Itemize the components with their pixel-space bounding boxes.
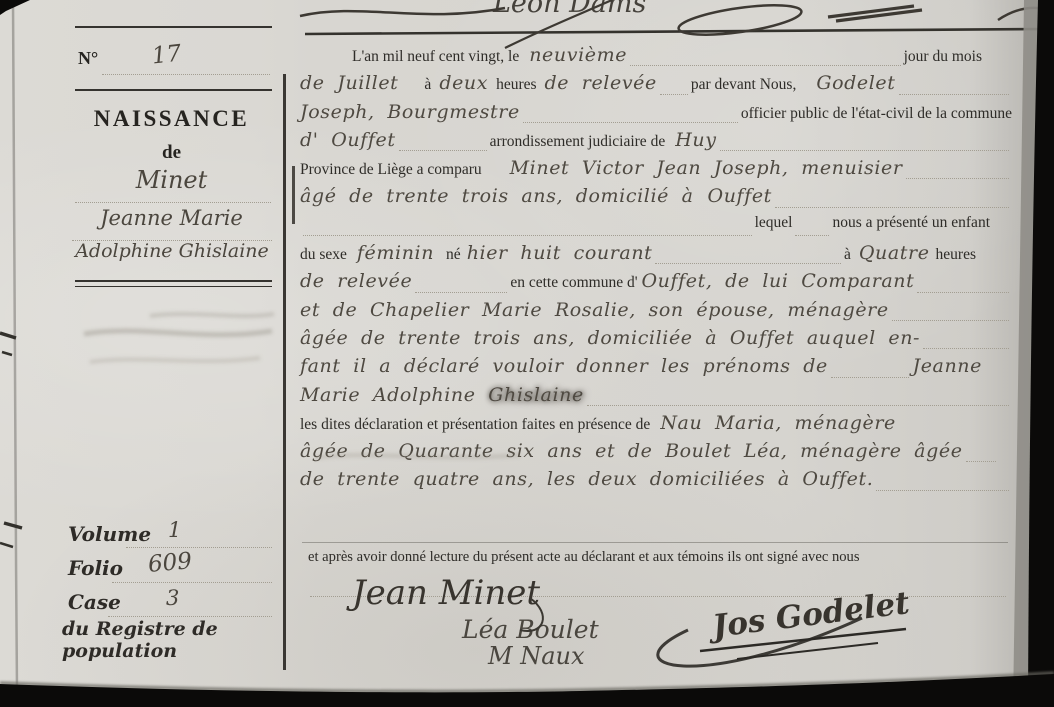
folio-dotted [112, 582, 272, 583]
printed-form-text: lequel [755, 214, 793, 232]
corner-black-wedge [0, 0, 30, 15]
dotted-fill-line [966, 461, 996, 462]
volume-dotted [126, 547, 272, 548]
folio-label: Folio [68, 556, 123, 580]
act-line: du sexefémininnéhier huit courantàQuatre… [300, 242, 1012, 270]
dotted-fill-line [831, 377, 910, 378]
printed-form-text: Province de Liège a comparu [300, 161, 482, 179]
volume-value: 1 [168, 518, 181, 542]
dotted-fill-line [906, 178, 1009, 179]
act-type-title: NAISSANCE [60, 106, 283, 132]
act-number-label: N° [78, 48, 98, 69]
act-line: et de Chapelier Marie Rosalie, son épous… [300, 299, 1012, 327]
handwritten-entry: Godelet [816, 72, 895, 94]
previous-act-flourishes [300, 0, 1052, 48]
handwritten-entry: de relevée [300, 270, 412, 292]
handwritten-entry: de trente quatre ans, les deux domicilié… [300, 468, 873, 490]
dotted-fill-line [876, 490, 1009, 491]
dotted-fill-line [399, 150, 487, 151]
dotted-fill-line [795, 235, 829, 236]
child-firstnames-1: Jeanne Marie [60, 206, 283, 230]
act-type-de: de [60, 142, 283, 164]
case-dotted [108, 616, 272, 617]
handwritten-entry: âgée de trente trois ans, domiciliée à O… [300, 327, 920, 349]
printed-form-text: officier public de l'état-civil de la co… [741, 105, 1012, 123]
volume-label: Volume [68, 522, 151, 546]
previous-act-signature: Léon Dams [493, 0, 646, 19]
dotted-fill-line [303, 235, 752, 236]
printed-form-text: arrondissement judiciaire de [490, 133, 666, 151]
handwritten-entry: Huy [675, 129, 716, 151]
dotted-fill-line [655, 263, 841, 264]
scanned-birth-register-page: { "colors": { "paper": "#d7d5d0", "print… [0, 0, 1054, 707]
handwritten-entry: Joseph, Bourgmestre [300, 101, 520, 123]
closing-formula: et après avoir donné lecture du présent … [308, 549, 1012, 566]
closing-rule [302, 542, 1008, 543]
act-line: les dites déclaration et présentation fa… [300, 412, 1012, 440]
act-line: Marie Adolphine Ghislaine [300, 384, 1012, 412]
page-edge-black-right [1028, 0, 1054, 707]
margin-divider-segment [292, 166, 295, 224]
handwritten-entry: Ouffet [708, 185, 772, 207]
act-line: de trente quatre ans, les deux domicilié… [300, 468, 1012, 496]
act-line: de relevéeen cette commune d'Ouffet, de … [300, 270, 1012, 298]
act-line: âgé de trente trois ans, domicilié àOuff… [300, 185, 1012, 213]
act-line: âgée de trente trois ans, domiciliée à O… [300, 327, 1012, 355]
printed-form-text: à [424, 76, 431, 94]
handwritten-entry: Marie Adolphine [300, 384, 488, 406]
handwritten-entry: neuvième [529, 44, 627, 66]
registre-label: du Registre de population [62, 618, 283, 662]
printed-form-text: du sexe [300, 246, 347, 264]
printed-form-text: en cette commune d' [510, 274, 637, 292]
act-line: Joseph, Bourgmestreofficier public de l'… [300, 101, 1012, 129]
margin-column: N° 17 NAISSANCE de Minet Jeanne Marie Ad… [60, 0, 283, 707]
handwritten-entry: Minet Victor Jean Joseph, menuisier [510, 157, 903, 179]
margin-rule-double-a [75, 280, 272, 282]
handwritten-entry: de relevée [545, 72, 657, 94]
act-line: d' Ouffetarrondissement judiciaire deHuy [300, 129, 1012, 157]
printed-form-text: à [844, 246, 851, 264]
dotted-fill-line [660, 94, 688, 95]
dotted-fill-line [775, 207, 1009, 208]
handwritten-entry: Nau Maria, ménagère [660, 412, 896, 434]
handwritten-entry: âgé de trente trois ans, domicilié à [300, 185, 694, 207]
margin-rule-under-number [75, 89, 272, 91]
act-line: L'an mil neuf cent vingt, leneuvièmejour… [300, 44, 1012, 72]
handwritten-entry: deux [439, 72, 488, 94]
dotted-fill-line [415, 292, 507, 293]
case-label: Case [68, 590, 121, 614]
act-body: L'an mil neuf cent vingt, leneuvièmejour… [300, 44, 1012, 497]
handwritten-entry: âgée de Quarante six ans et de Boulet Lé… [300, 440, 963, 462]
printed-form-text: nous a présenté un enfant [832, 214, 990, 232]
page-fold-line [13, 0, 17, 690]
act-line: lequelnous a présenté un enfant [300, 214, 1012, 242]
margin-rule-double-b [75, 286, 272, 287]
printed-form-text: L'an mil neuf cent vingt, le [352, 48, 519, 66]
handwritten-entry: de Juillet [300, 72, 398, 94]
child-surname: Minet [60, 166, 283, 194]
printed-form-text: par devant Nous, [691, 76, 796, 94]
dotted-fill-line [630, 65, 901, 66]
handwritten-entry: Ghislaine [488, 384, 584, 406]
printed-form-text: jour du mois [904, 48, 982, 66]
signature-witness-2: M Naux [488, 642, 585, 670]
act-line: fant il a déclaré vouloir donner les pré… [300, 355, 1012, 383]
signature-declarant: Jean Minet [352, 573, 540, 613]
dotted-fill-line [587, 405, 1009, 406]
child-firstnames-2: Adolphine Ghislaine [56, 240, 288, 262]
dotted-fill-line [720, 150, 1009, 151]
dotted-fill-line [892, 320, 1009, 321]
dotted-fill-line [899, 94, 1009, 95]
act-line: âgée de Quarante six ans et de Boulet Lé… [300, 440, 1012, 468]
handwritten-entry: féminin [357, 242, 434, 264]
margin-divider-line [283, 74, 286, 670]
handwritten-entry: Ouffet, de lui Comparant [642, 270, 915, 292]
signature-witness-1: Léa Boulet [462, 615, 599, 644]
dotted-fill-line [523, 122, 738, 123]
handwritten-entry: Quatre [859, 242, 930, 264]
handwritten-entry: et de Chapelier Marie Rosalie, son épous… [300, 299, 889, 321]
handwritten-entry: Jeanne [912, 355, 982, 377]
handwritten-entry: hier huit courant [467, 242, 653, 264]
signature-officer: Jos Godelet [711, 585, 912, 645]
previous-act-rule [305, 29, 1048, 34]
page-edge-gray [1013, 0, 1042, 707]
margin-dotted-name1 [75, 202, 271, 203]
act-line: Province de Liège a comparuMinet Victor … [300, 157, 1012, 185]
handwritten-entry: fant il a déclaré vouloir donner les pré… [300, 355, 828, 377]
margin-dotted-number [102, 74, 270, 75]
printed-form-text: les dites déclaration et présentation fa… [300, 416, 650, 434]
folio-value: 609 [147, 548, 193, 578]
case-value: 3 [166, 586, 179, 610]
binding-stitches [0, 333, 22, 547]
margin-rule-top [75, 26, 272, 28]
act-number-value: 17 [151, 41, 183, 70]
printed-form-text: heures [936, 246, 976, 264]
dotted-fill-line [917, 292, 1009, 293]
dotted-fill-line [923, 348, 1009, 349]
printed-form-text: né [446, 246, 461, 264]
act-line: de Juilletàdeuxheuresde relevéepar devan… [300, 72, 1012, 100]
printed-form-text: heures [496, 76, 536, 94]
handwritten-entry: d' Ouffet [300, 129, 396, 151]
